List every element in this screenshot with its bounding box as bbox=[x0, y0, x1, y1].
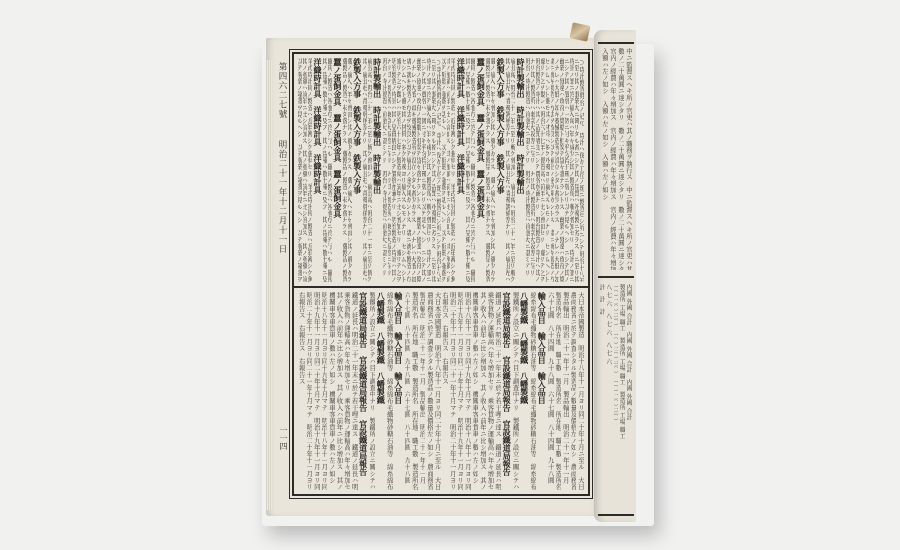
text-column: 其ノ輸出先ハ清國朝鮮等ナリ 其ノ輸出先ハ清國朝鮮等ナリ 其ノ輸出先ハ清國朝鮮等ナ… bbox=[506, 58, 510, 282]
text-column: 據リテ之ヲ觀レハ明治六十七年ノ製造高ハ前年ニ比シ增加セリ 據リテ之ヲ觀レハ明治六… bbox=[541, 58, 545, 282]
text-column: 鐵ノ輸入ハ年々增加シ其ノ額少カラス 鐵ノ輸入ハ年々增加シ其ノ額少カラス 鐵ノ輸入… bbox=[491, 58, 495, 282]
text-column: ナリ其ノ製造所ハ東京大阪等ニ在リ ナリ其ノ製造所ハ東京大阪等ニ在リ ナリ其ノ製造… bbox=[388, 58, 392, 282]
text-column: セシムヘシト雖モ其ノ材料ハ多ク外國ヨリ輸入スルモノナリ セシムヘシト雖モ其ノ材料… bbox=[546, 58, 550, 282]
right-page-table: 内國 外國 合計 内國 外國 合計 内國 外國 合計製造所 工場 職工 製造所 … bbox=[600, 284, 632, 504]
text-column: 乘客貨物ノ運輸高ハ年々增加セリ 乘客貨物ノ運輸高ハ年々增加セリ 乘客貨物ノ運輸高… bbox=[487, 292, 494, 490]
text-column: 蠶具ノ製造ハ各地方ニ於テ行ハル 蠶具ノ製造ハ各地方ニ於テ行ハル 蠶具ノ製造ハ各地… bbox=[471, 58, 475, 282]
text-column: ノナレハ大抵ノ如キ器械製造所ヲ設立シタル者少カラス ノナレハ大抵ノ如キ器械製造所… bbox=[555, 58, 559, 282]
text-column: 乘客貨物ノ運輸高ハ年々增加セリ 乘客貨物ノ運輸高ハ年々增加セリ 乘客貨物ノ運輸高… bbox=[344, 292, 351, 490]
text-column: 入額ハ左ノ如シ 入額ハ左ノ如シ 入額ハ左ノ如シ bbox=[601, 48, 608, 270]
page-edges bbox=[266, 60, 272, 510]
text-column: 其ノ品種ハ數十種ニ及フ 其ノ品種ハ數十種ニ及フ 其ノ品種ハ數十種ニ及フ bbox=[466, 58, 470, 282]
text-column: 輸出高ハ明治二十一年ニ至リ漸ク增加シ 輸出高ハ明治二十一年ニ至リ漸ク增加シ 輸出… bbox=[368, 58, 372, 282]
page-number: 一一四 bbox=[278, 426, 289, 450]
text-column: 時計ノ部ニ於テ輸入高ハ年々減少シ其ノ製造高ハ漸ク増加セリ 時計ノ部ニ於テ輸入高ハ… bbox=[427, 58, 431, 282]
right-page-divider bbox=[598, 276, 634, 278]
text-column: 緒ニ就キ製造ノ方法ヲ改良シ以テ輸出ノ途ヲ開カントス 緒ニ就キ製造ノ方法ヲ改良シ以… bbox=[407, 58, 411, 282]
bookmark-ribbon bbox=[570, 22, 591, 41]
text-column: 其ノ輸出先ハ清國朝鮮等ナリ 其ノ輸出先ハ清國朝鮮等ナリ 其ノ輸出先ハ清國朝鮮等ナ… bbox=[363, 58, 367, 282]
text-column: 機關車客車貨車ノ數ハ左ノ如シ 機關車客車貨車ノ數ハ左ノ如シ 機關車客車貨車ノ數ハ… bbox=[328, 292, 335, 490]
text-column: 以テ斯業ノ隆盛ヲ見ルヘシ 以テ斯業ノ隆盛ヲ見ルヘシ 以テ斯業ノ隆盛ヲ見ルヘシ bbox=[442, 58, 446, 282]
section-heading: 時計製輸出 時計製輸出 時計製輸出 bbox=[373, 58, 382, 282]
text-column: 鐵製品ノ製造ハ未タ盛ナラス 鐵製品ノ製造ハ未タ盛ナラス 鐵製品ノ製造ハ未タ盛ナラ… bbox=[486, 58, 490, 282]
text-column: 明治二十年十一月ヨリ同二十一年十月マテ 明治二十年十一月ヨリ同二十一年十月マテ … bbox=[449, 292, 456, 490]
text-column: 製造所名 所在地 職工數 製造所名 所在地 職工數 製造所名 所在地 職工數 bbox=[411, 292, 418, 490]
text-column: 農商務省ニ於テ調査シタル製造品ノ數量及價格左ノ如シ 農商務省ニ於テ調査シタル製造… bbox=[426, 292, 433, 490]
section-heading: 八幡製鐵 八幡製鐵 八幡製鐵 bbox=[376, 292, 385, 490]
page-frame: ○時計製造明治ノ紀元 時計ハ我カ工匠ノ既ニ製造セシ所ニシテ明治十八年七月ヨリ ○… bbox=[292, 52, 590, 496]
text-column: 鐵製品ノ製造ハ未タ盛ナラス 鐵製品ノ製造ハ未タ盛ナラス 鐵製品ノ製造ハ未タ盛ナラ… bbox=[343, 58, 347, 282]
section-heading: 蠶ノ蛋飼金具 蠶ノ蛋飼金具 蠶ノ蛋飼金具 bbox=[476, 58, 485, 282]
issue-label: 第四六二七號 bbox=[276, 62, 288, 119]
section-heading: 輸入品目 輸入品目 輸入品目 bbox=[537, 292, 546, 490]
text-column: ○時計製造明治ノ紀元 時計ハ我カ工匠ノ既ニ製造セシ所ニシテ明治十八年七月ヨリ ○… bbox=[580, 58, 584, 282]
text-column: ノナレハ大抵ノ如キ器械製造所ヲ設立シタル者少カラス ノナレハ大抵ノ如キ器械製造所… bbox=[412, 58, 416, 282]
section-heading: 時計製輸出 時計製輸出 時計製輸出 bbox=[516, 58, 525, 282]
text-column: 實業ノ發達ハ政府ノ獎勵ト相俟テ益々盛ナラントス 實業ノ發達ハ政府ノ獎勵ト相俟テ益… bbox=[560, 58, 564, 282]
text-column: 明治ノ時計製造ハ前途大ニ望ミアリ 明治ノ時計製造ハ前途大ニ望ミアリ 明治ノ時計製… bbox=[526, 58, 530, 282]
section-heading: 官設鐵道局報告 官設鐵道局報告 官設鐵道局報告 bbox=[502, 292, 511, 490]
top-section: ○時計製造明治ノ紀元 時計ハ我カ工匠ノ既ニ製造セシ所ニシテ明治十八年七月ヨリ ○… bbox=[298, 58, 584, 282]
text-column: 實業ノ發達ハ政府ノ獎勵ト相俟テ益々盛ナラントス 實業ノ發達ハ政府ノ獎勵ト相俟テ益… bbox=[417, 58, 421, 282]
text-column: 中ニ監督スヘキ所ノ官吏ハ其ノ職務ヲ執行ス 中ニ監督スヘキ所ノ官吏ハ其ノ職務ヲ執行… bbox=[625, 48, 632, 270]
text-column: 内國 外國 合計 内國 外國 合計 内國 外國 合計 bbox=[627, 284, 632, 504]
section-heading: 鉄製入方事 鉄製入方事 鉄製入方事 bbox=[496, 58, 505, 282]
text-column: ニ至リ其ノ事業大ニ興リタル者ニシテ其ノ品質ハ外國製ニ劣ラス ニ至リ其ノ事業大ニ興… bbox=[432, 58, 436, 282]
text-column: ニシテ其ノ價格ハ一個ニ付キ平均若干圓ニ當レリ以テ見ルヘシ ニシテ其ノ價格ハ一個ニ… bbox=[565, 58, 569, 282]
section-heading: 蠶ノ蛋飼金具 蠶ノ蛋飼金具 蠶ノ蛋飼金具 bbox=[333, 58, 342, 282]
text-column: 綿糸綿布毛織物砂糖石油等 綿糸綿布毛織物砂糖石油等 綿糸綿布毛織物砂糖石油等 bbox=[530, 292, 537, 490]
bottom-section: 大日本帝國製造 明治十八年十一月ヨリ同二十年十月ニ至ル 大日本帝國製造 明治十八… bbox=[298, 292, 584, 490]
text-column: セシムヘシト雖モ其ノ材料ハ多ク外國ヨリ輸入スルモノナリ セシムヘシト雖モ其ノ材料… bbox=[402, 58, 406, 282]
text-column: 其ノ收入ハ前年ニ比シ增加ス 其ノ收入ハ前年ニ比シ增加ス 其ノ收入ハ前年ニ比シ增加… bbox=[479, 292, 486, 490]
text-column: 大日本帝國製造 明治十八年十一月ヨリ同二十年十月ニ至ル 大日本帝國製造 明治十八… bbox=[434, 292, 441, 490]
text-column: 洋式時計具ノ製造ハ近年著シク進歩セリ 洋式時計具ノ製造ハ近年著シク進歩セリ 洋式… bbox=[451, 58, 455, 282]
text-column: ニシテ其ノ價格ハ一個ニ付キ平均若干圓ニ當レリ以テ見ルヘシ ニシテ其ノ價格ハ一個ニ… bbox=[422, 58, 426, 282]
text-column: ナリ其ノ製造所ハ東京大阪等ニ在リ ナリ其ノ製造所ハ東京大阪等ニ在リ ナリ其ノ製造… bbox=[531, 58, 535, 282]
text-column: 製鐵所ノ設立ニ關シテハ目下調査中ナリ 製鐵所ノ設立ニ關シテハ目下調査中ナリ 製鐵… bbox=[369, 292, 376, 490]
text-column: 官内ノ經費ハ年々增加ス 官内ノ經費ハ年々增加ス 官内ノ經費ハ年々增加ス bbox=[609, 48, 616, 270]
section-divider bbox=[294, 286, 588, 288]
text-column: 製鐵所ノ設立ニ關シテハ目下調査中ナリ 製鐵所ノ設立ニ關シテハ目下調査中ナリ 製鐵… bbox=[512, 292, 519, 490]
text-column: 鐵道ノ延長ハ明治二十一年末ニ於テ若干哩ニ達ス 鐵道ノ延長ハ明治二十一年末ニ於テ若… bbox=[495, 292, 502, 490]
text-column: 製造所名 所在地 職工數 製造所名 所在地 職工數 製造所名 所在地 職工數 bbox=[555, 292, 562, 490]
section-heading: 鉄製入方事 鉄製入方事 鉄製入方事 bbox=[353, 58, 362, 282]
text-column: 大日本帝國製造 明治十八年十一月ヨリ同二十年十月ニ至ル 大日本帝國製造 明治十八… bbox=[577, 292, 584, 490]
text-column: 製品輸出 明治二十一年十一月 製品輸出 明治二十一年十一月 製品輸出 明治二十一… bbox=[419, 292, 426, 490]
section-heading: 洋織時計具 洋織時計具 洋織時計具 bbox=[313, 58, 322, 282]
text-column: 八 七 六 八 七 六 八 七 六 bbox=[607, 284, 612, 504]
text-column: 時計ノ部ニ於テ輸入高ハ年々減少シ其ノ製造高ハ漸ク増加セリ 時計ノ部ニ於テ輸入高ハ… bbox=[570, 58, 574, 282]
text-column: 明治十八年十一月ヨリ同十九年十月マテ 明治十八年十一月ヨリ同十九年十月マテ 明治… bbox=[321, 292, 328, 490]
text-column: 綿糸綿布毛織物砂糖石油等 綿糸綿布毛織物砂糖石油等 綿糸綿布毛織物砂糖石油等 bbox=[386, 292, 393, 490]
right-page-text: 中ニ監督スヘキ所ノ官吏ハ其ノ職務ヲ執行ス 中ニ監督スヘキ所ノ官吏ハ其ノ職務ヲ執行… bbox=[600, 48, 632, 270]
text-column: 其ノ產額ハ前年ニ比シ倍加ス 其ノ產額ハ前年ニ比シ倍加ス 其ノ產額ハ前年ニ比シ倍加… bbox=[447, 58, 451, 282]
text-column: 以テ斯業ノ隆盛ヲ見ルヘシ 以テ斯業ノ隆盛ヲ見ルヘシ 以テ斯業ノ隆盛ヲ見ルヘシ bbox=[298, 58, 302, 282]
text-column: 計 計 計 bbox=[600, 284, 605, 504]
text-column: 輸出高ハ明治二十一年ニ至リ漸ク增加シ 輸出高ハ明治二十一年ニ至リ漸ク增加シ 輸出… bbox=[511, 58, 515, 282]
section-heading: 輸入品目 輸入品目 輸入品目 bbox=[394, 292, 403, 490]
text-column: 明治十九年十一月ヨリ同二十年十月マテ 明治十九年十一月ヨリ同二十年十月マテ 明治… bbox=[457, 292, 464, 490]
text-column: ○時計製造明治ノ紀元 時計ハ我カ工匠ノ既ニ製造セシ所ニシテ明治十八年七月ヨリ ○… bbox=[437, 58, 441, 282]
text-column: 右報告ス 右報告ス 右報告ス bbox=[442, 292, 449, 490]
issue-date: 明治二十一年十二月十一日 bbox=[276, 140, 288, 254]
text-column: 機關車客車貨車ノ數ハ左ノ如シ 機關車客車貨車ノ數ハ左ノ如シ 機關車客車貨車ノ數ハ… bbox=[472, 292, 479, 490]
text-column: 緒ニ就キ製造ノ方法ヲ改良シ以テ輸出ノ途ヲ開カントス 緒ニ就キ製造ノ方法ヲ改良シ以… bbox=[551, 58, 555, 282]
text-column: 右報告ス 右報告ス 右報告ス bbox=[298, 292, 305, 490]
section-heading: 八幡製鐵 八幡製鐵 八幡製鐵 bbox=[520, 292, 529, 490]
text-column: 據リテ之ヲ觀レハ明治六十七年ノ製造高ハ前年ニ比シ增加セリ 據リテ之ヲ觀レハ明治六… bbox=[397, 58, 401, 282]
text-column: 明治ノ時計製造ハ前途大ニ望ミアリ 明治ノ時計製造ハ前途大ニ望ミアリ 明治ノ時計製… bbox=[383, 58, 387, 282]
section-heading: 官設鐵道局報告 官設鐵道局報告 官設鐵道局報告 bbox=[359, 292, 368, 490]
text-column: 明治十九年十一月ヨリ同二十年十月マテ 明治十九年十一月ヨリ同二十年十月マテ 明治… bbox=[313, 292, 320, 490]
text-column: 農商務省ニ於テ調査シタル製造品ノ數量及價格左ノ如シ 農商務省ニ於テ調査シタル製造… bbox=[570, 292, 577, 490]
section-heading: 洋織時計具 洋織時計具 洋織時計具 bbox=[456, 58, 465, 282]
text-column: 其ノ產額ハ前年ニ比シ倍加ス 其ノ產額ハ前年ニ比シ倍加ス 其ノ產額ハ前年ニ比シ倍加… bbox=[303, 58, 307, 282]
text-column: 明治二十年十一月ヨリ同二十一年十月マテ 明治二十年十一月ヨリ同二十一年十月マテ … bbox=[306, 292, 313, 490]
text-column: 其ノ品種ハ數十種ニ及フ 其ノ品種ハ數十種ニ及フ 其ノ品種ハ數十種ニ及フ bbox=[323, 58, 327, 282]
text-column: 六十七圓 八十四圓 九十八圓 六十七圓 八十四圓 九十八圓 六十七圓 八十四圓 … bbox=[547, 292, 554, 490]
text-column: 六十七圓 八十四圓 九十八圓 六十七圓 八十四圓 九十八圓 六十七圓 八十四圓 … bbox=[404, 292, 411, 490]
text-column: 一〇 二〇 三〇 一〇 二〇 三〇 一〇 二〇 三〇 bbox=[614, 284, 619, 504]
text-column: 數ノ二十萬圓ニ達シタリ 數ノ二十萬圓ニ達シタリ 數ノ二十萬圓ニ達シタリ bbox=[617, 48, 624, 270]
text-column: 鐵ノ輸入ハ年々增加シ其ノ額少カラス 鐵ノ輸入ハ年々增加シ其ノ額少カラス 鐵ノ輸入… bbox=[348, 58, 352, 282]
text-column: 明治製造ノ時計ハ其ノ品質精良ニシテ價格亦廉ナリ 明治製造ノ時計ハ其ノ品質精良ニシ… bbox=[536, 58, 540, 282]
text-column: 明治十八年十一月ヨリ同十九年十月マテ 明治十八年十一月ヨリ同十九年十月マテ 明治… bbox=[464, 292, 471, 490]
text-column: 洋式時計具ノ製造ハ近年著シク進歩セリ 洋式時計具ノ製造ハ近年著シク進歩セリ 洋式… bbox=[308, 58, 312, 282]
text-column: 製品輸出 明治二十一年十一月 製品輸出 明治二十一年十一月 製品輸出 明治二十一… bbox=[562, 292, 569, 490]
text-column: 製造所 工場 職工 製造所 工場 職工 製造所 工場 職工 bbox=[620, 284, 625, 504]
text-column: 鐵道ノ延長ハ明治二十一年末ニ於テ若干哩ニ達ス 鐵道ノ延長ハ明治二十一年末ニ於テ若… bbox=[351, 292, 358, 490]
text-column: 其ノ收入ハ前年ニ比シ增加ス 其ノ收入ハ前年ニ比シ增加ス 其ノ收入ハ前年ニ比シ增加… bbox=[336, 292, 343, 490]
text-column: 明治製造ノ時計ハ其ノ品質精良ニシテ價格亦廉ナリ 明治製造ノ時計ハ其ノ品質精良ニシ… bbox=[392, 58, 396, 282]
text-column: 蠶具ノ製造ハ各地方ニ於テ行ハル 蠶具ノ製造ハ各地方ニ於テ行ハル 蠶具ノ製造ハ各地… bbox=[328, 58, 332, 282]
text-column: ニ至リ其ノ事業大ニ興リタル者ニシテ其ノ品質ハ外國製ニ劣ラス ニ至リ其ノ事業大ニ興… bbox=[575, 58, 579, 282]
